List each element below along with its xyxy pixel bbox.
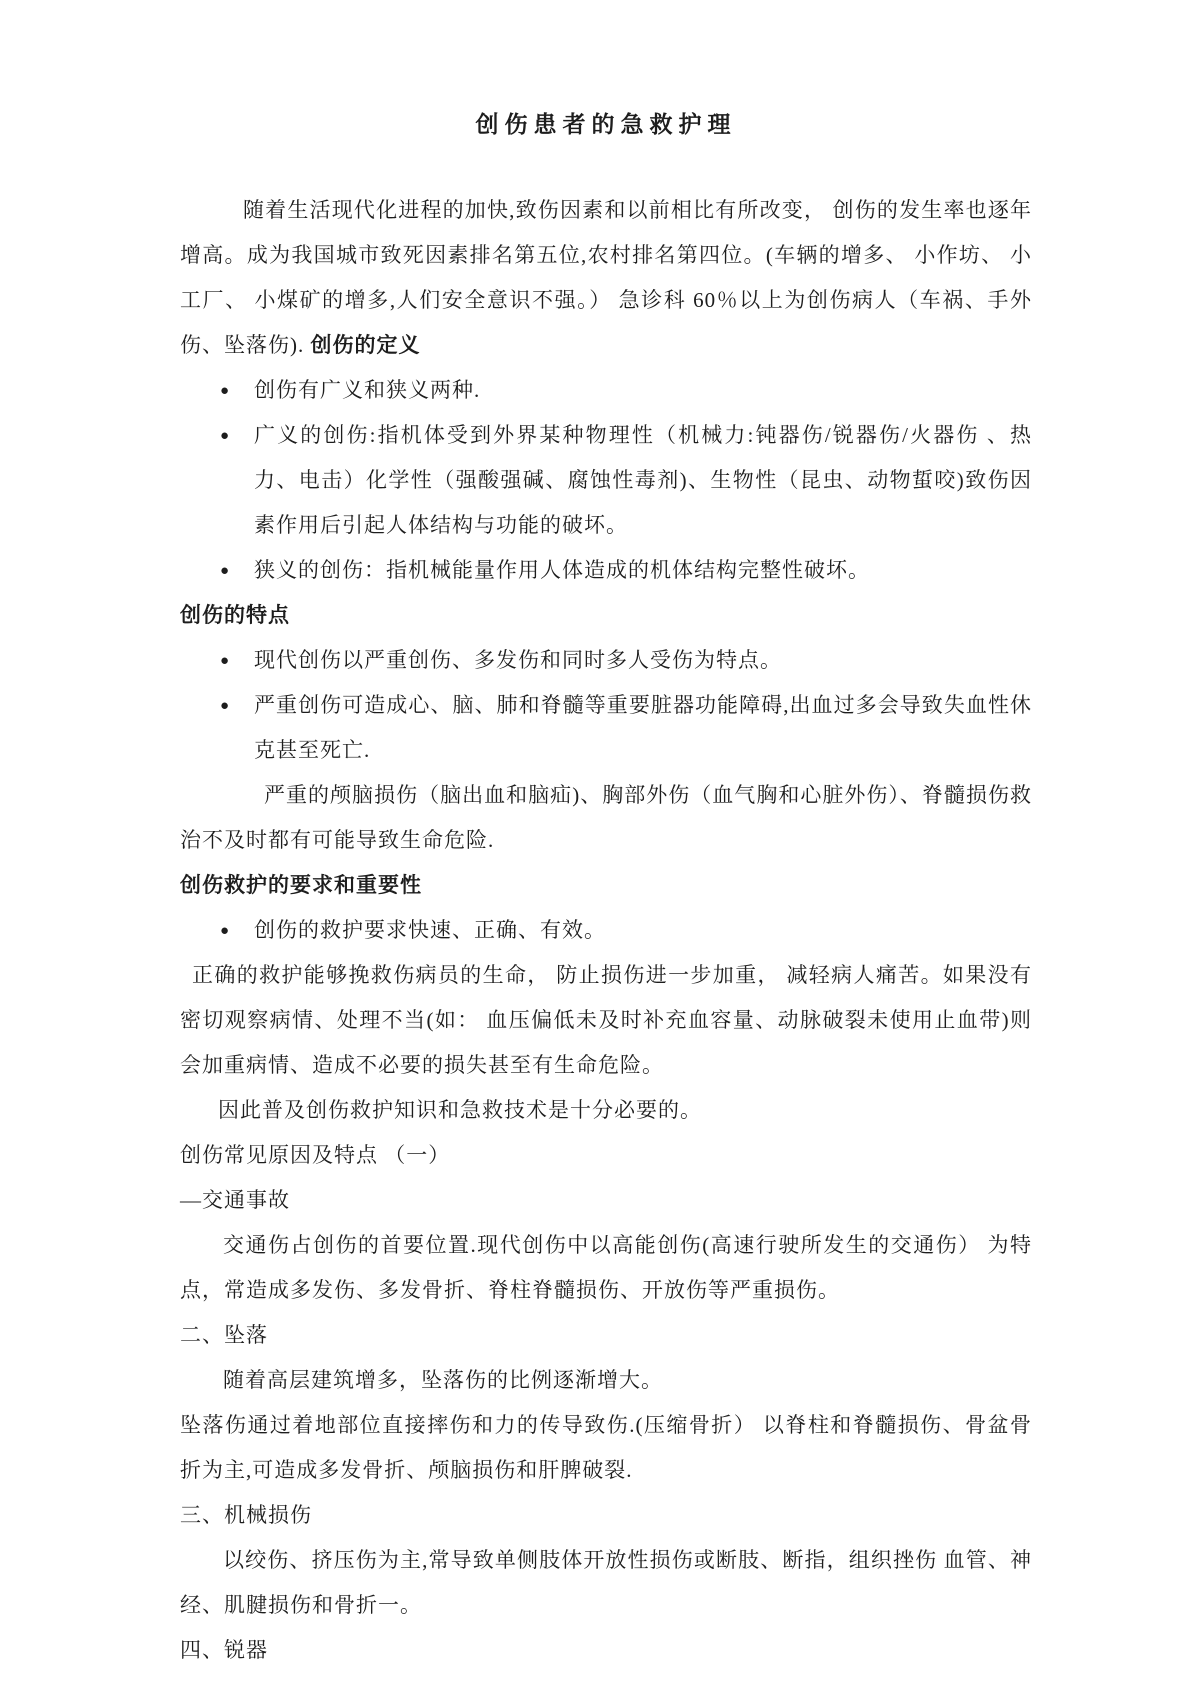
bullet-icon: ● <box>220 639 229 684</box>
list-item: ●现代创伤以严重创伤、多发伤和同时多人受伤为特点。 <box>180 638 1032 683</box>
features-bullet-list: ●现代创伤以严重创伤、多发伤和同时多人受伤为特点。 ●严重创伤可造成心、脑、肺和… <box>180 638 1032 773</box>
bullet-text: 创伤的救护要求快速、正确、有效。 <box>254 918 606 942</box>
list-item: ●严重创伤可造成心、脑、肺和脊髓等重要脏器功能障碍,出血过多会导致失血性休克甚至… <box>180 683 1032 773</box>
bullet-icon: ● <box>220 684 229 729</box>
cause2-paragraph-2: 坠落伤通过着地部位直接摔伤和力的传导致伤.(压缩骨折） 以脊柱和脊髓损伤、骨盆骨… <box>180 1403 1032 1493</box>
cause1-label: —交通事故 <box>180 1178 1032 1223</box>
cause4-label: 四、锐器 <box>180 1628 1032 1673</box>
cause3-paragraph: 以绞伤、挤压伤为主,常导致单侧肢体开放性损伤或断肢、断指，组织挫伤 血管、神经、… <box>180 1538 1032 1628</box>
bullet-text: 创伤有广义和狭义两种. <box>254 378 480 402</box>
page-title: 创伤患者的急救护理 <box>180 108 1032 142</box>
bullet-icon: ● <box>220 414 229 459</box>
bullet-text: 狭义的创伤：指机械能量作用人体造成的机体结构完整性破坏。 <box>254 558 870 582</box>
bullet-icon: ● <box>220 909 229 954</box>
bullet-icon: ● <box>220 549 229 594</box>
rescue-paragraph-1: 正确的救护能够挽救伤病员的生命， 防止损伤进一步加重， 减轻病人痛苦。如果没有 … <box>180 953 1032 1088</box>
bullet-text: 严重创伤可造成心、脑、肺和脊髓等重要脏器功能障碍,出血过多会导致失血性休克甚至死… <box>254 693 1032 762</box>
document-page: 创伤患者的急救护理 随着生活现代化进程的加快,致伤因素和以前相比有所改变， 创伤… <box>0 0 1190 1684</box>
list-item: ●创伤有广义和狭义两种. <box>180 368 1032 413</box>
cause1-paragraph: 交通伤占创伤的首要位置.现代创伤中以高能创伤(高速行驶所发生的交通伤） 为特点，… <box>180 1223 1032 1313</box>
intro-text: 随着生活现代化进程的加快,致伤因素和以前相比有所改变， 创伤的发生率也逐年增高。… <box>180 198 1032 357</box>
severe-injury-paragraph: 严重的颅脑损伤（脑出血和脑疝)、胸部外伤（血气胸和心脏外伤）、脊髓损伤救治不及时… <box>180 773 1032 863</box>
section-heading-rescue: 创伤救护的要求和重要性 <box>180 863 1032 908</box>
definition-inline-heading: 创伤的定义 <box>311 333 421 357</box>
intro-paragraph: 随着生活现代化进程的加快,致伤因素和以前相比有所改变， 创伤的发生率也逐年增高。… <box>180 188 1032 368</box>
cause3-label: 三、机械损伤 <box>180 1493 1032 1538</box>
bullet-icon: ● <box>220 369 229 414</box>
rescue-paragraph-2: 因此普及创伤救护知识和急救技术是十分必要的。 <box>180 1088 1032 1133</box>
list-item: ●狭义的创伤：指机械能量作用人体造成的机体结构完整性破坏。 <box>180 548 1032 593</box>
list-item: ●创伤的救护要求快速、正确、有效。 <box>180 908 1032 953</box>
causes-heading: 创伤常见原因及特点 （一） <box>180 1133 1032 1178</box>
cause2-label: 二、坠落 <box>180 1313 1032 1358</box>
list-item: ●广义的创伤:指机体受到外界某种物理性（机械力:钝器伤/锐器伤/火器伤 、热力、… <box>180 413 1032 548</box>
definition-bullet-list: ●创伤有广义和狭义两种. ●广义的创伤:指机体受到外界某种物理性（机械力:钝器伤… <box>180 368 1032 593</box>
cause2-paragraph-1: 随着高层建筑增多，坠落伤的比例逐渐增大。 <box>180 1358 1032 1403</box>
section-heading-features: 创伤的特点 <box>180 593 1032 638</box>
bullet-text: 广义的创伤:指机体受到外界某种物理性（机械力:钝器伤/锐器伤/火器伤 、热力、电… <box>254 423 1032 537</box>
bullet-text: 现代创伤以严重创伤、多发伤和同时多人受伤为特点。 <box>254 648 782 672</box>
rescue-bullet-list: ●创伤的救护要求快速、正确、有效。 <box>180 908 1032 953</box>
